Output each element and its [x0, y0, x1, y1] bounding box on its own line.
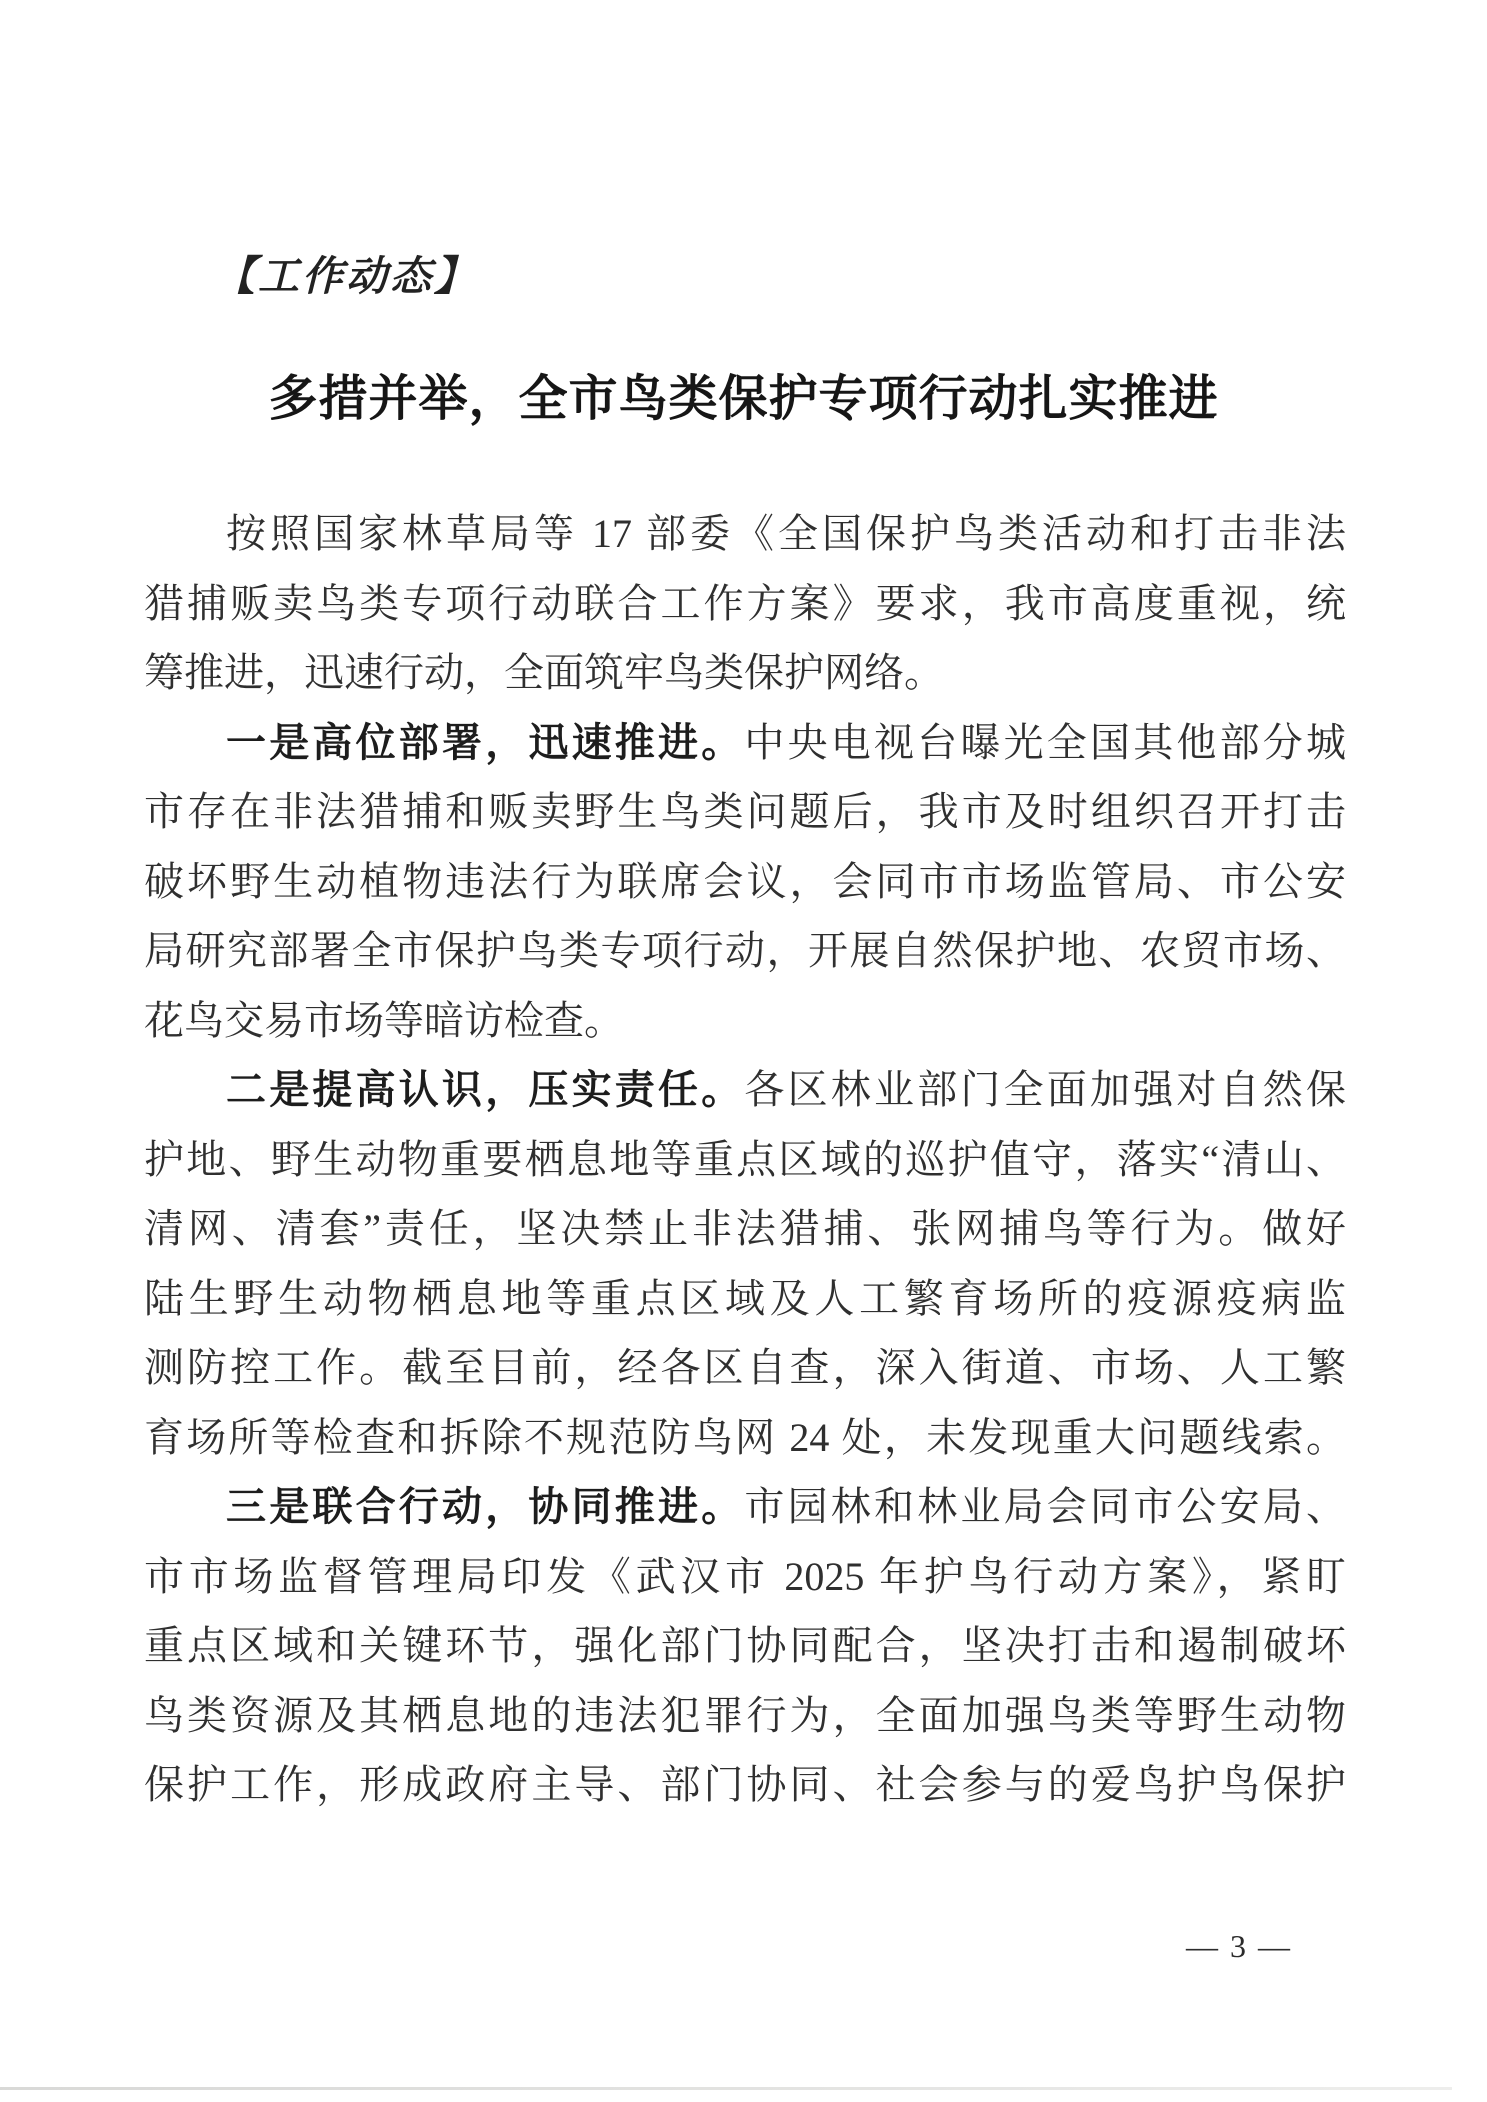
text-line: 鸟类资源及其栖息地的违法犯罪行为，全面加强鸟类等野生动物	[144, 1681, 1346, 1751]
text-line: 二是提高认识，压实责任。各区林业部门全面加强对自然保	[144, 1055, 1346, 1125]
text-segment: 各区林业部门全面加强对自然保	[744, 1067, 1346, 1112]
text-segment: 测防控工作。截至目前，经各区自查，深入街道、市场、人工繁	[144, 1345, 1346, 1390]
text-line: 筹推进，迅速行动，全面筑牢鸟类保护网络。	[144, 638, 1346, 708]
bold-text-segment: 二是提高认识，压实责任。	[226, 1067, 744, 1112]
page-number: — 3 —	[1186, 1928, 1292, 1965]
text-line: 猎捕贩卖鸟类专项行动联合工作方案》要求，我市高度重视，统	[144, 569, 1346, 639]
text-segment: 市园林和林业局会同市公安局、	[744, 1484, 1346, 1529]
scan-page-edge-shadow	[0, 2087, 1452, 2090]
text-segment: 破坏野生动植物违法行为联席会议，会同市市场监管局、市公安	[144, 859, 1346, 904]
text-segment: 清网、清套”责任，坚决禁止非法猎捕、张网捕鸟等行为。做好	[144, 1206, 1346, 1251]
text-segment: 重点区域和关键环节，强化部门协同配合，坚决打击和遏制破坏	[144, 1623, 1346, 1668]
text-line: 市市场监督管理局印发《武汉市 2025 年护鸟行动方案》，紧盯	[144, 1542, 1346, 1612]
text-segment: 鸟类资源及其栖息地的违法犯罪行为，全面加强鸟类等野生动物	[144, 1693, 1346, 1738]
text-line: 三是联合行动，协同推进。市园林和林业局会同市公安局、	[144, 1472, 1346, 1542]
text-segment: 中央电视台曝光全国其他部分城	[744, 720, 1346, 765]
text-line: 一是高位部署，迅速推进。中央电视台曝光全国其他部分城	[144, 708, 1346, 778]
text-line: 市存在非法猎捕和贩卖野生鸟类问题后，我市及时组织召开打击	[144, 777, 1346, 847]
text-segment: 陆生野生动物栖息地等重点区域及人工繁育场所的疫源疫病监	[144, 1276, 1346, 1321]
article-title: 多措并举，全市鸟类保护专项行动扎实推进	[0, 360, 1487, 430]
text-segment: 猎捕贩卖鸟类专项行动联合工作方案》要求，我市高度重视，统	[144, 581, 1346, 626]
text-segment: 护地、野生动物重要栖息地等重点区域的巡护值守，落实“清山、	[144, 1137, 1346, 1182]
text-line: 重点区域和关键环节，强化部门协同配合，坚决打击和遏制破坏	[144, 1611, 1346, 1681]
text-line: 陆生野生动物栖息地等重点区域及人工繁育场所的疫源疫病监	[144, 1264, 1346, 1334]
text-segment: 育场所等检查和拆除不规范防鸟网 24 处，未发现重大问题线索。	[144, 1415, 1346, 1460]
article-body: 按照国家林草局等 17 部委《全国保护鸟类活动和打击非法猎捕贩卖鸟类专项行动联合…	[144, 499, 1346, 1820]
bold-text-segment: 三是联合行动，协同推进。	[226, 1484, 744, 1529]
text-line: 局研究部署全市保护鸟类专项行动，开展自然保护地、农贸市场、	[144, 916, 1346, 986]
text-line: 清网、清套”责任，坚决禁止非法猎捕、张网捕鸟等行为。做好	[144, 1194, 1346, 1264]
text-segment: 花鸟交易市场等暗访检查。	[144, 998, 624, 1043]
text-line: 按照国家林草局等 17 部委《全国保护鸟类活动和打击非法	[144, 499, 1346, 569]
text-line: 护地、野生动物重要栖息地等重点区域的巡护值守，落实“清山、	[144, 1125, 1346, 1195]
text-segment: 局研究部署全市保护鸟类专项行动，开展自然保护地、农贸市场、	[144, 928, 1346, 973]
document-page: 【工作动态】 多措并举，全市鸟类保护专项行动扎实推进 按照国家林草局等 17 部…	[0, 0, 1487, 2102]
text-segment: 市存在非法猎捕和贩卖野生鸟类问题后，我市及时组织召开打击	[144, 789, 1346, 834]
text-line: 破坏野生动植物违法行为联席会议，会同市市场监管局、市公安	[144, 847, 1346, 917]
section-header: 【工作动态】	[214, 243, 478, 302]
text-line: 测防控工作。截至目前，经各区自查，深入街道、市场、人工繁	[144, 1333, 1346, 1403]
text-segment: 按照国家林草局等 17 部委《全国保护鸟类活动和打击非法	[226, 511, 1346, 556]
bold-text-segment: 一是高位部署，迅速推进。	[226, 720, 744, 765]
text-line: 育场所等检查和拆除不规范防鸟网 24 处，未发现重大问题线索。	[144, 1403, 1346, 1473]
text-segment: 保护工作，形成政府主导、部门协同、社会参与的爱鸟护鸟保护	[144, 1762, 1346, 1807]
text-segment: 市市场监督管理局印发《武汉市 2025 年护鸟行动方案》，紧盯	[144, 1554, 1346, 1599]
text-segment: 筹推进，迅速行动，全面筑牢鸟类保护网络。	[144, 650, 944, 695]
text-line: 花鸟交易市场等暗访检查。	[144, 986, 1346, 1056]
text-line: 保护工作，形成政府主导、部门协同、社会参与的爱鸟护鸟保护	[144, 1750, 1346, 1820]
